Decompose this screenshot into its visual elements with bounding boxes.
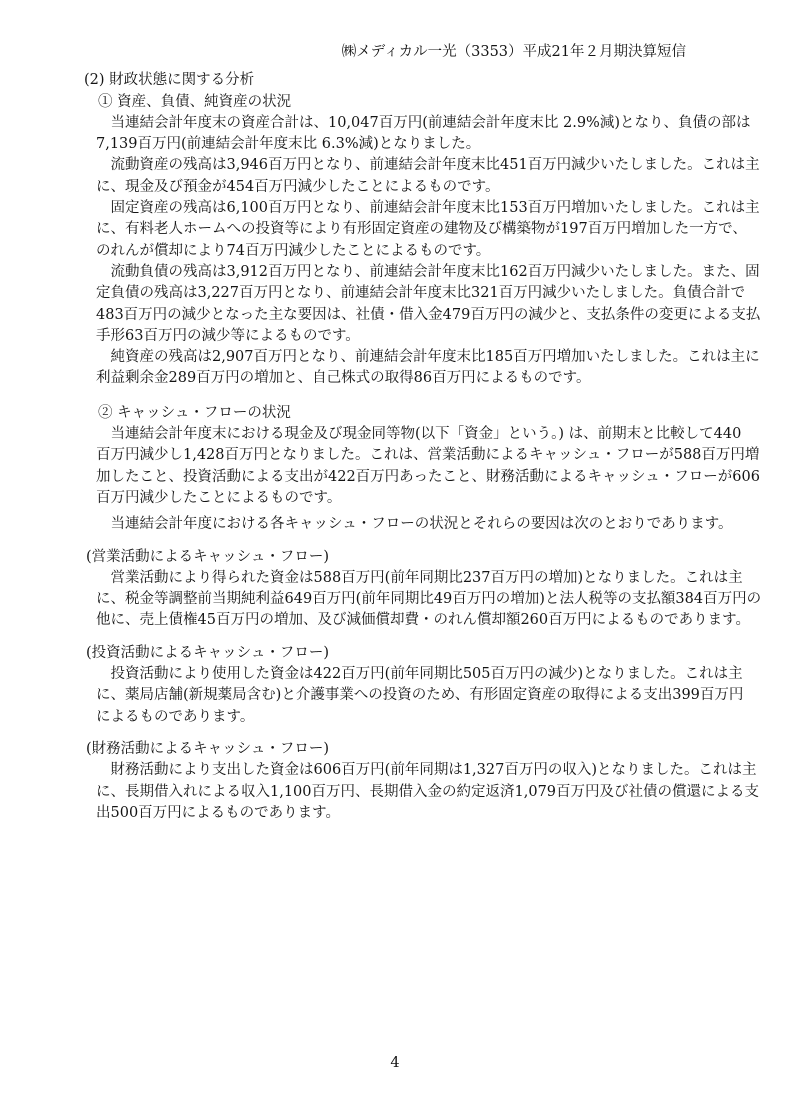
- text-line: に、長期借入れによる収入1,100百万円、長期借入金の約定返済1,079百万円及…: [96, 782, 790, 803]
- paragraph-current-assets: 流動資産の残高は3,946百万円となり、前連結会計年度末比451百万円減少いたし…: [0, 155, 790, 198]
- text-line: 手形63百万円の減少等によるものです。: [96, 326, 790, 347]
- text-line: に、税金等調整前当期純利益649百万円(前年同期比49百万円の増加)と法人税等の…: [96, 589, 790, 610]
- text-line: 定負債の残高は3,227百万円となり、前連結会計年度末比321百万円減少いたしま…: [96, 283, 790, 304]
- text-line: に、薬局店舗(新規薬局含む)と介護事業への投資のため、有形固定資産の取得による支…: [96, 685, 790, 706]
- paragraph-fixed-assets: 固定資産の残高は6,100百万円となり、前連結会計年度末比153百万円増加いたし…: [0, 198, 790, 262]
- subsection-heading-cashflow: ② キャッシュ・フローの状況: [0, 403, 790, 424]
- text-line: 百万円減少したことによるものです。: [96, 488, 790, 509]
- heading-investing-cashflow: (投資活動によるキャッシュ・フロー): [0, 643, 790, 664]
- text-line: 加したこと、投資活動による支出が422百万円あったこと、財務活動によるキャッシュ…: [96, 467, 790, 488]
- heading-financing-cashflow: (財務活動によるキャッシュ・フロー): [0, 739, 790, 760]
- paragraph-net-assets: 純資産の残高は2,907百万円となり、前連結会計年度末比185百万円増加いたしま…: [0, 347, 790, 390]
- text-line: 当連結会計年度末の資産合計は、10,047百万円(前連結会計年度末比 2.9%減…: [96, 113, 790, 134]
- text-line: 他に、売上債権45百万円の増加、及び減価償却費・のれん償却額260百万円によるも…: [96, 610, 790, 631]
- paragraph-liabilities: 流動負債の残高は3,912百万円となり、前連結会計年度末比162百万円減少いたし…: [0, 262, 790, 347]
- paragraph-cashflow-intro: 当連結会計年度における各キャッシュ・フローの状況とそれらの要因は次のとおりであり…: [0, 514, 790, 535]
- paragraph-cashflow-summary: 当連結会計年度末における現金及び現金同等物(以下「資金」という。) は、前期末と…: [0, 424, 790, 509]
- paragraph-operating-cashflow: 営業活動により得られた資金は588百万円(前年同期比237百万円の増加)となりま…: [0, 568, 790, 632]
- text-line: 流動資産の残高は3,946百万円となり、前連結会計年度末比451百万円減少いたし…: [96, 155, 790, 176]
- text-line: 利益剰余金289百万円の増加と、自己株式の取得86百万円によるものです。: [96, 368, 790, 389]
- text-line: 出500百万円によるものであります。: [96, 803, 790, 824]
- paragraph-financing-cashflow: 財務活動により支出した資金は606百万円(前年同期は1,327百万円の収入)とな…: [0, 760, 790, 824]
- text-line: 483百万円の減少となった主な要因は、社債・借入金479百万円の減少と、支払条件…: [96, 305, 790, 326]
- text-line: に、現金及び預金が454百万円減少したことによるものです。: [96, 177, 790, 198]
- text-line: 百万円減少し1,428百万円となりました。これは、営業活動によるキャッシュ・フロ…: [96, 445, 790, 466]
- paragraph-total-assets: 当連結会計年度末の資産合計は、10,047百万円(前連結会計年度末比 2.9%減…: [0, 113, 790, 156]
- cashflow-financing-block: (財務活動によるキャッシュ・フロー) 財務活動により支出した資金は606百万円(…: [0, 739, 790, 824]
- text-line: のれんが償却により74百万円減少したことによるものです。: [96, 241, 790, 262]
- text-line: 当連結会計年度における各キャッシュ・フローの状況とそれらの要因は次のとおりであり…: [96, 514, 790, 535]
- text-line: 投資活動により使用した資金は422百万円(前年同期比505百万円の減少)となりま…: [96, 664, 790, 685]
- text-line: によるものであります。: [96, 707, 790, 728]
- text-line: 固定資産の残高は6,100百万円となり、前連結会計年度末比153百万円増加いたし…: [96, 198, 790, 219]
- document-page: ㈱メディカル一光（3353）平成21年２月期決算短信 (2) 財政状態に関する分…: [0, 0, 790, 824]
- subsection-heading-assets-liabilities-equity: ① 資産、負債、純資産の状況: [0, 92, 790, 113]
- text-line: 純資産の残高は2,907百万円となり、前連結会計年度末比185百万円増加いたしま…: [96, 347, 790, 368]
- paragraph-investing-cashflow: 投資活動により使用した資金は422百万円(前年同期比505百万円の減少)となりま…: [0, 664, 790, 728]
- text-line: に、有料老人ホームへの投資等により有形固定資産の建物及び構築物が197百万円増加…: [96, 219, 790, 240]
- heading-operating-cashflow: (営業活動によるキャッシュ・フロー): [0, 547, 790, 568]
- page-number: 4: [0, 1053, 790, 1074]
- cashflow-investing-block: (投資活動によるキャッシュ・フロー) 投資活動により使用した資金は422百万円(…: [0, 643, 790, 728]
- text-line: 当連結会計年度末における現金及び現金同等物(以下「資金」という。) は、前期末と…: [96, 424, 790, 445]
- text-line: 財務活動により支出した資金は606百万円(前年同期は1,327百万円の収入)とな…: [96, 760, 790, 781]
- section-heading-financial-analysis: (2) 財政状態に関する分析: [0, 70, 790, 91]
- cashflow-operating-block: (営業活動によるキャッシュ・フロー) 営業活動により得られた資金は588百万円(…: [0, 547, 790, 632]
- text-line: 7,139百万円(前連結会計年度末比 6.3%減)となりました。: [96, 134, 790, 155]
- text-line: 流動負債の残高は3,912百万円となり、前連結会計年度末比162百万円減少いたし…: [96, 262, 790, 283]
- text-line: 営業活動により得られた資金は588百万円(前年同期比237百万円の増加)となりま…: [96, 568, 790, 589]
- document-header: ㈱メディカル一光（3353）平成21年２月期決算短信: [0, 42, 790, 63]
